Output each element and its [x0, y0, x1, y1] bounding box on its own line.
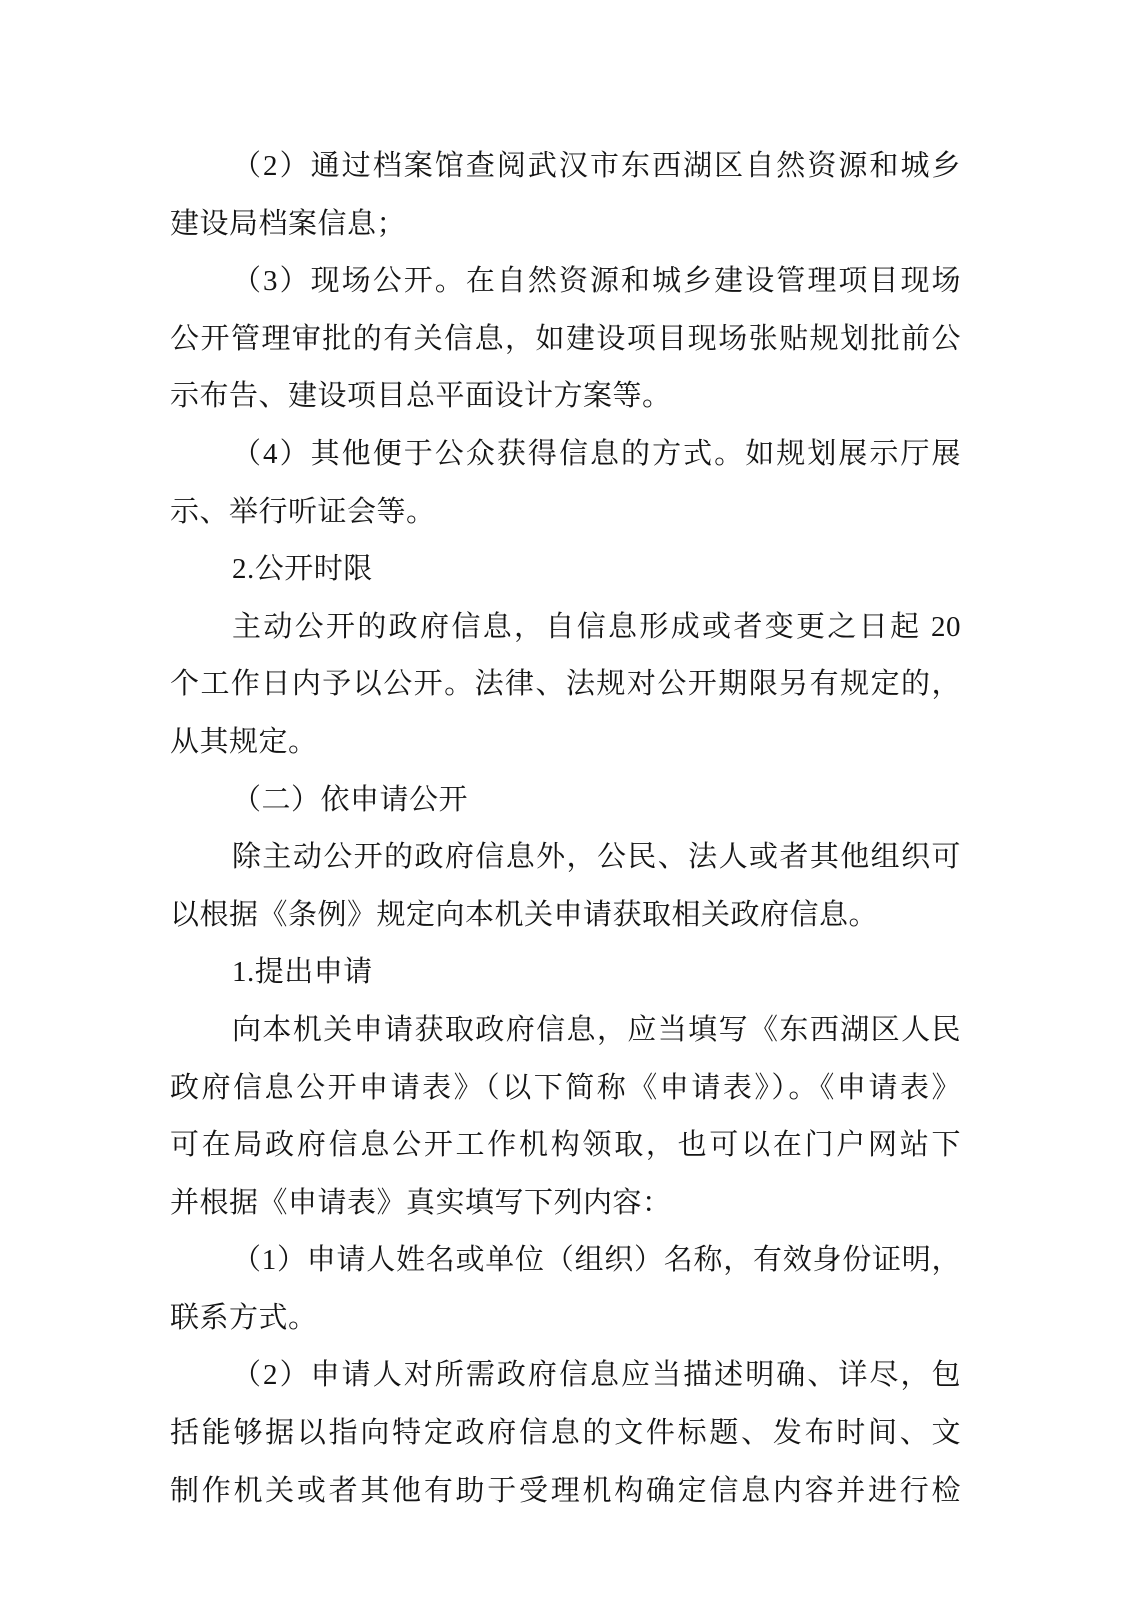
text-line: 示、举行听证会等。 [170, 484, 961, 542]
text-line: 除主动公开的政府信息外，公民、法人或者其他组织可 [170, 829, 961, 887]
text-line: 括能够据以指向特定政府信息的文件标题、发布时间、文号、 [170, 1405, 961, 1463]
text-line: 制作机关或者其他有助于受理机构确定信息内容并进行检 [170, 1463, 961, 1521]
text-line: （4）其他便于公众获得信息的方式。如规划展示厅展 [170, 426, 961, 484]
text-line: （2）申请人对所需政府信息应当描述明确、详尽，包 [170, 1347, 961, 1405]
text-line: （3）现场公开。在自然资源和城乡建设管理项目现场 [170, 253, 961, 311]
text-line: 可在局政府信息公开工作机构领取，也可以在门户网站下载， [170, 1117, 961, 1175]
text-line: 个工作日内予以公开。法律、法规对公开期限另有规定的， [170, 656, 961, 714]
text-line: （二）依申请公开 [170, 772, 961, 830]
text-line: （1）申请人姓名或单位（组织）名称，有效身份证明， [170, 1232, 961, 1290]
document-page: （2）通过档案馆查阅武汉市东西湖区自然资源和城乡 建设局档案信息； （3）现场公… [0, 0, 1131, 1600]
text-line: 公开管理审批的有关信息，如建设项目现场张贴规划批前公 [170, 311, 961, 369]
text-line: 并根据《申请表》真实填写下列内容： [170, 1175, 961, 1233]
text-line: 建设局档案信息； [170, 196, 961, 254]
text-line: 向本机关申请获取政府信息，应当填写《东西湖区人民 [170, 1002, 961, 1060]
text-line: 以根据《条例》规定向本机关申请获取相关政府信息。 [170, 887, 961, 945]
text-line: （2）通过档案馆查阅武汉市东西湖区自然资源和城乡 [170, 138, 961, 196]
document-body: （2）通过档案馆查阅武汉市东西湖区自然资源和城乡 建设局档案信息； （3）现场公… [170, 138, 961, 1520]
text-line: 从其规定。 [170, 714, 961, 772]
text-line: 联系方式。 [170, 1290, 961, 1348]
text-line: 示布告、建设项目总平面设计方案等。 [170, 368, 961, 426]
text-line: 2.公开时限 [170, 541, 961, 599]
text-line: 主动公开的政府信息，自信息形成或者变更之日起 20 [170, 599, 961, 657]
text-line: 1.提出申请 [170, 944, 961, 1002]
text-line: 政府信息公开申请表》（以下简称《申请表》）。《申请表》 [170, 1060, 961, 1118]
